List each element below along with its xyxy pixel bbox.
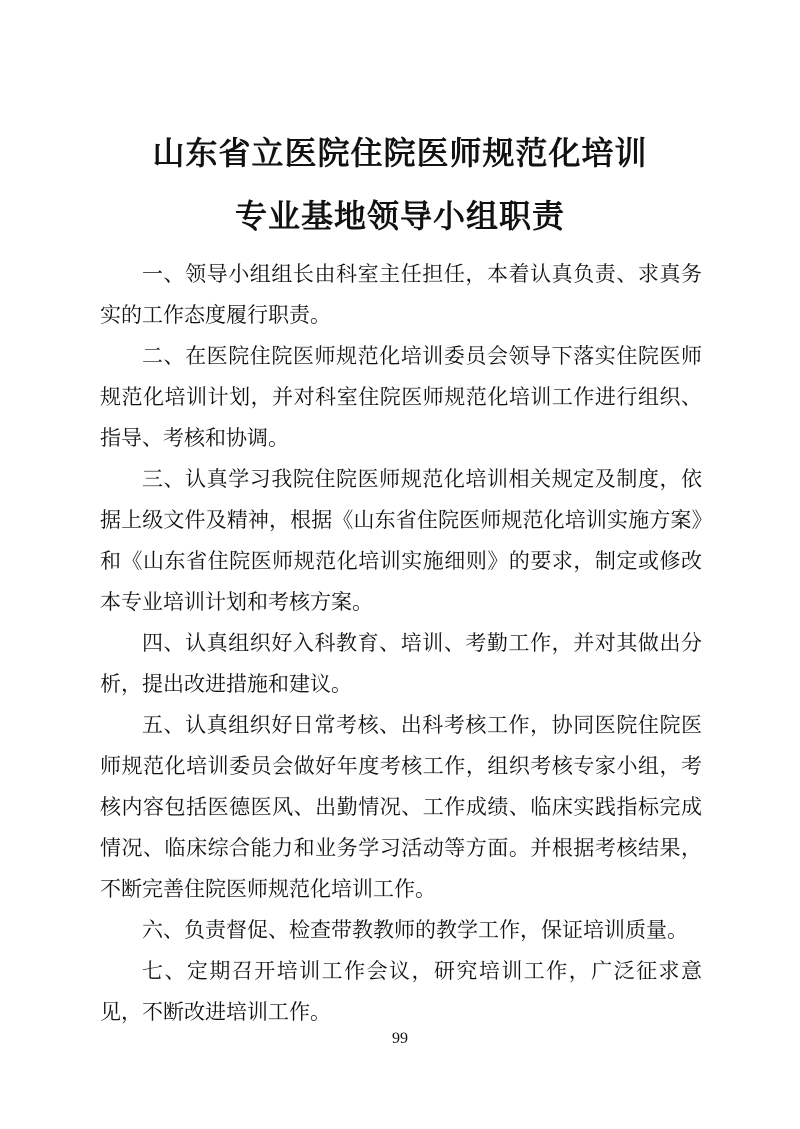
document-title-line-1: 山东省立医院住院医师规范化培训 xyxy=(0,128,800,174)
paragraph-7: 七、定期召开培训工作会议，研究培训工作，广泛征求意见，不断改进培训工作。 xyxy=(100,951,702,1033)
paragraph-5: 五、认真组织好日常考核、出科考核工作，协同医院住院医师规范化培训委员会做好年度考… xyxy=(100,705,702,910)
document-body: 一、领导小组组长由科室主任担任，本着认真负责、求真务实的工作态度履行职责。 二、… xyxy=(100,254,702,1033)
paragraph-3: 三、认真学习我院住院医师规范化培训相关规定及制度，依据上级文件及精神，根据《山东… xyxy=(100,459,702,623)
paragraph-4: 四、认真组织好入科教育、培训、考勤工作，并对其做出分析，提出改进措施和建议。 xyxy=(100,623,702,705)
document-title-line-2: 专业基地领导小组职责 xyxy=(0,191,800,237)
page-number: 99 xyxy=(0,1030,800,1048)
paragraph-6: 六、负责督促、检查带教教师的教学工作，保证培训质量。 xyxy=(100,910,702,951)
paragraph-1: 一、领导小组组长由科室主任担任，本着认真负责、求真务实的工作态度履行职责。 xyxy=(100,254,702,336)
document-page: 山东省立医院住院医师规范化培训 专业基地领导小组职责 一、领导小组组长由科室主任… xyxy=(0,0,800,1129)
paragraph-2: 二、在医院住院医师规范化培训委员会领导下落实住院医师规范化培训计划，并对科室住院… xyxy=(100,336,702,459)
